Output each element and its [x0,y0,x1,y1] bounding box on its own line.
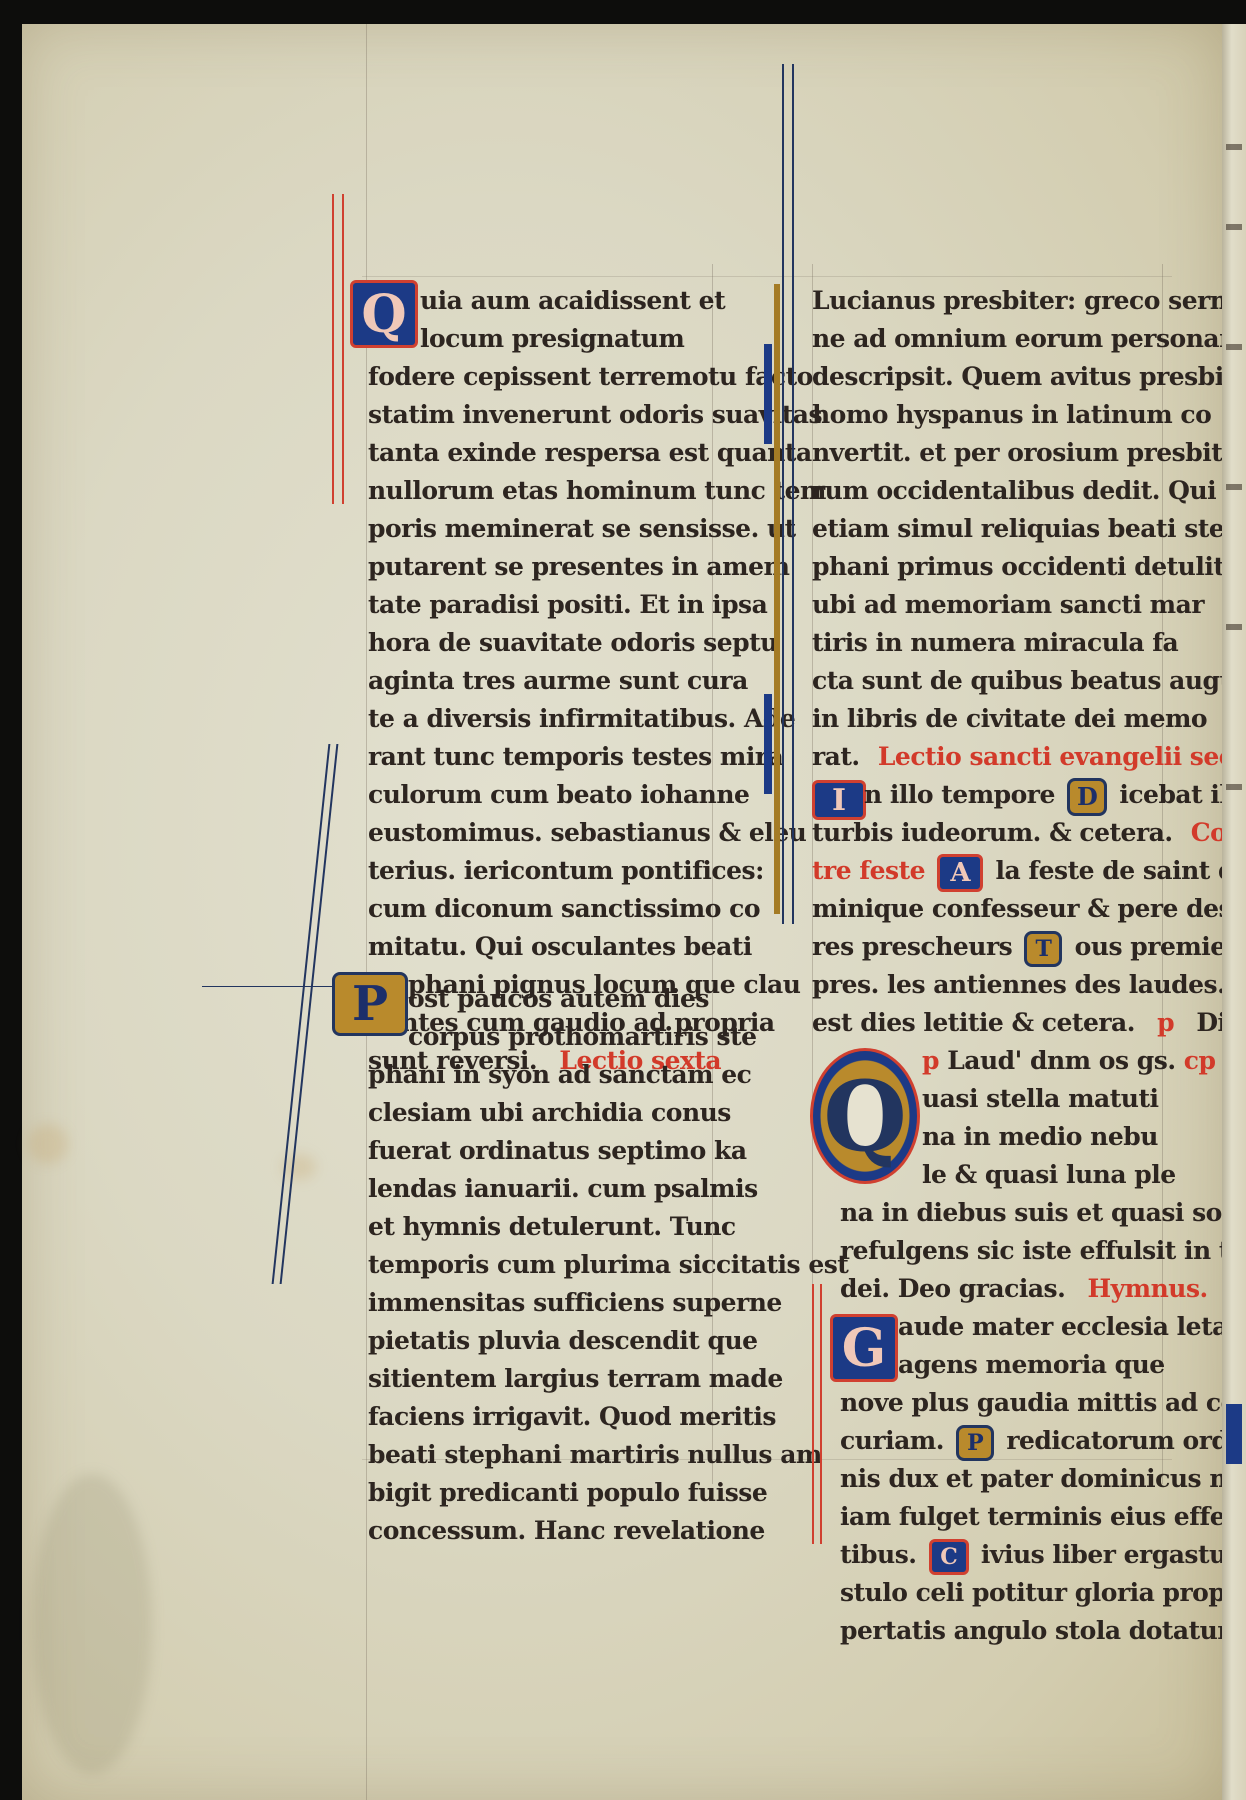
text-line: nis dux et pater dominicus mundi [840,1460,1246,1498]
text-line: ost paucos autem dies [408,980,709,1018]
text-line: concessum. Hanc revelatione [368,1512,765,1550]
text-line: ubi ad memoriam sancti mar [812,586,1204,624]
text-line: turbis iudeorum. & cetera. Comm. a lau [812,814,1246,852]
text-line: dei. Deo gracias. Hymnus. [840,1270,1208,1308]
text-line: tanta exinde respersa est quanta [368,434,812,472]
ink-fragment [1226,344,1242,350]
text-line: na in medio nebu [922,1118,1158,1156]
next-page-edge [1222,24,1246,1800]
text-line: nvertit. et per orosium presbite [812,434,1238,472]
text-line: hora de suavitate odoris septu [368,624,778,662]
text-line: culorum cum beato iohanne [368,776,749,814]
initial-A: A [937,854,983,892]
text-line: minique confesseur & pere des fre [812,890,1246,928]
text-line: pres. les antiennes des laudes. A [812,966,1246,1004]
text-line: rat. Lectio sancti evangelii secundum ma… [812,738,1246,776]
blue-penwork-border [782,64,794,924]
initial-C: C [929,1539,969,1575]
blue-border-segment [764,344,772,444]
text-line: faciens irrigavit. Quod meritis [368,1398,776,1436]
text-line: stulo celi potitur gloria propau [840,1574,1246,1612]
text-line: phani primus occidenti detulit. [812,548,1233,586]
stain [28,1124,68,1164]
text-line: refulgens sic iste effulsit in templo [840,1232,1246,1270]
text-line: phani in syon ad sanctam ec [368,1056,751,1094]
text-line: rant tunc temporis testes mira [368,738,783,776]
initial-P: P [332,972,408,1036]
text-line: tibus. C ivius liber ergastulo [840,1536,1246,1574]
penwork-flourish [202,986,352,987]
text-line: temporis cum plurima siccitatis est [368,1246,848,1284]
text-line: fodere cepissent terremotu facto [368,358,813,396]
ink-fragment [1226,484,1242,490]
red-penwork-border [332,194,344,504]
text-line: clesiam ubi archidia conus [368,1094,731,1132]
text-line: immensitas sufficiens superne [368,1284,782,1322]
text-line: corpus prothomartiris ste [408,1018,757,1056]
text-line: in libris de civitate dei memo [812,700,1207,738]
text-line: nullorum etas hominum tunc tem [368,472,826,510]
initial-P-small: P [956,1425,994,1461]
text-line: tiris in numera miracula fa [812,624,1178,662]
text-line: locum presignatum [420,320,684,358]
text-line: est dies letitie & cetera. p Dixit domin… [812,1004,1246,1042]
initial-G: G [830,1314,898,1382]
red-penwork-border [812,1284,822,1544]
text-line: etiam simul reliquias beati ste [812,510,1224,548]
initial-T: T [1024,931,1062,967]
text-line: aginta tres aurme sunt cura [368,662,748,700]
text-line: statim invenerunt odoris suavitas [368,396,822,434]
text-line: aude mater ecclesia leta [898,1308,1228,1346]
initial-Q: Q [350,280,418,348]
text-line: lendas ianuarii. cum psalmis [368,1170,758,1208]
text-line: bigit predicanti populo fuisse [368,1474,767,1512]
rubric-hymnus: Hymnus. [1088,1274,1208,1303]
text-line: nove plus gaudia mittis ad celi [840,1384,1246,1422]
text-line: eustomimus. sebastianus & eleu [368,814,806,852]
text-line: et hymnis detulerunt. Tunc [368,1208,736,1246]
text-line: mitatu. Qui osculantes beati [368,928,752,966]
initial-Q-large: Q [810,1048,920,1184]
text-line: beati stephani martiris nullus am [368,1436,822,1474]
ink-fragment [1226,624,1242,630]
text-line: rum occidentalibus dedit. Qui [812,472,1216,510]
gold-border-bar [774,284,780,914]
text-line: pertatis angulo stola dotatur [840,1612,1230,1650]
stain [32,1474,152,1774]
ink-fragment [1226,224,1242,230]
text-line: homo hyspanus in latinum co [812,396,1211,434]
text-line: uia aum acaidissent et [420,282,725,320]
rubric-gospel: Lectio sancti evangelii secundum matheum [878,742,1246,771]
text-line: terius. iericontum pontifices: [368,852,764,890]
text-line: na in diebus suis et quasi sol [840,1194,1231,1232]
text-line: n illo tempore D icebat ihesus [864,776,1246,814]
ink-fragment [1226,784,1242,790]
text-line: res prescheurs T ous premieres ves [812,928,1246,966]
text-line: iam fulget terminis eius effec [840,1498,1240,1536]
text-line: agens memoria que [898,1346,1165,1384]
text-line: pietatis pluvia descendit que [368,1322,758,1360]
text-line: curiam. P redicatorum ordi [840,1422,1237,1460]
text-line: descripsit. Quem avitus presbiter [812,358,1246,396]
text-line: sitientem largius terram made [368,1360,783,1398]
text-line: uasi stella matuti [922,1080,1159,1118]
initial-D: D [1067,778,1107,816]
text-line: Lucianus presbiter: greco sermo [812,282,1246,320]
text-line: te a diversis infirmitatibus. Ade [368,700,795,738]
ink-fragment [1226,1404,1242,1464]
blue-border-segment [764,694,772,794]
manuscript-page: Q uia aum acaidissent et locum presignat… [22,24,1222,1800]
text-line: putarent se presentes in amem [368,548,789,586]
text-line: tre feste A la feste de saint do [812,852,1246,890]
rubric-tre-feste: tre feste [812,856,925,885]
text-line: poris meminerat se sensisse. ut [368,510,796,548]
text-line: p Laud' dnm os gs. cp [922,1042,1215,1080]
text-line: le & quasi luna ple [922,1156,1176,1194]
text-line: tate paradisi positi. Et in ipsa [368,586,767,624]
ruling-line [362,276,1172,277]
ink-fragment [1226,144,1242,150]
text-line: ne ad omnium eorum personam [812,320,1245,358]
text-line: fuerat ordinatus septimo ka [368,1132,747,1170]
text-line: cta sunt de quibus beatus augustinus [812,662,1246,700]
text-line: cum diconum sanctissimo co [368,890,760,928]
blue-penwork-border [272,744,339,1284]
